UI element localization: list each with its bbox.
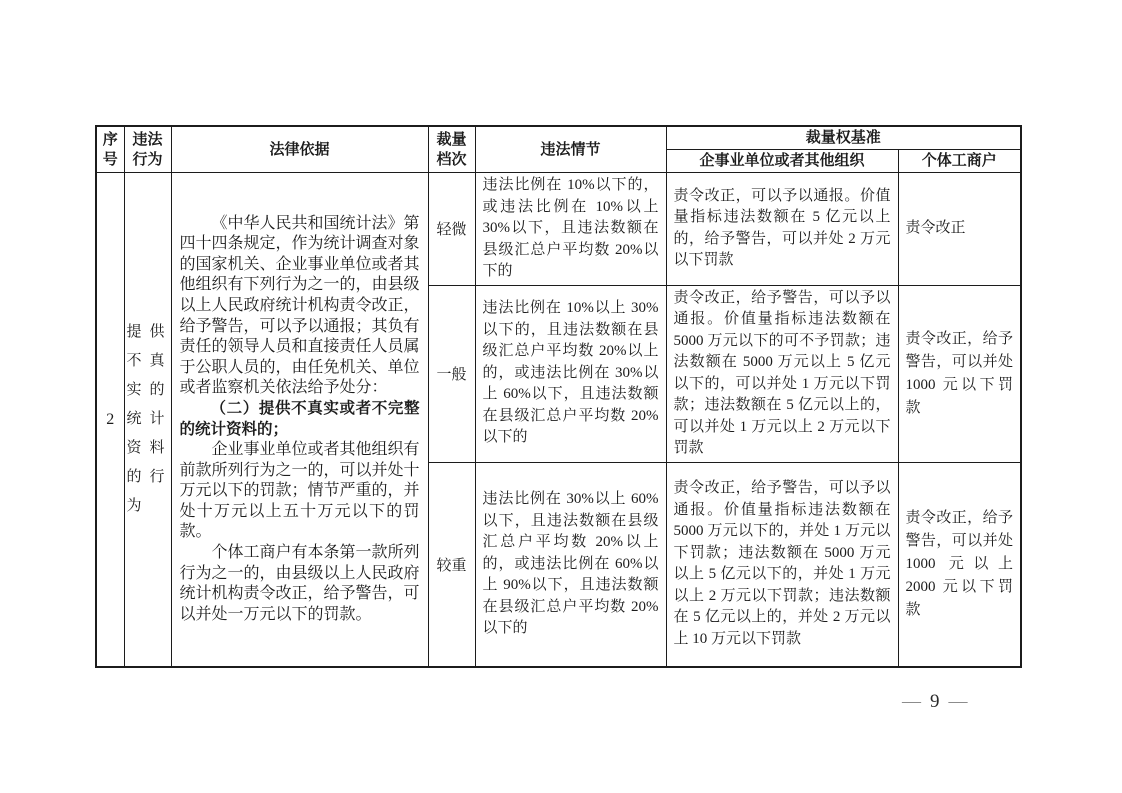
header-level: 裁量档次 <box>428 126 475 173</box>
header-benchmark: 裁量权基准 <box>666 126 1021 150</box>
header-behavior: 违法行为 <box>124 126 171 173</box>
cell-individual-penalty-heavy: 责令改正，给予警告，可以并处 1000 元以上 2000 元以下罚款 <box>898 462 1021 667</box>
page-number-left-dash: — <box>902 691 921 713</box>
legal-basis-paragraph-3: 企业事业单位或者其他组织有前款所列行为之一的，可以并处十万元以下的罚款；情节严重… <box>180 440 420 543</box>
page-number: — 9 — <box>902 691 968 713</box>
legal-basis-paragraph-2-bold: （二）提供不真实或者不完整的统计资料的； <box>180 399 420 440</box>
cell-org-penalty-general: 责令改正，给予警告，可以予以通报。价值量指标违法数额在 5000 万元以下的可不… <box>666 285 898 462</box>
table-row-light: 2 提供不真实的统计资料的行为 《中华人民共和国统计法》第四十四条规定，作为统计… <box>96 173 1021 286</box>
cell-legal-basis: 《中华人民共和国统计法》第四十四条规定，作为统计调查对象的国家机关、企业事业单位… <box>171 173 428 668</box>
cell-level-light: 轻微 <box>428 173 475 286</box>
cell-level-heavy: 较重 <box>428 462 475 667</box>
legal-basis-paragraph-4: 个体工商户有本条第一款所列行为之一的，由县级以上人民政府统计机构责令改正，给予警… <box>180 543 420 625</box>
header-individual: 个体工商户 <box>898 150 1021 173</box>
cell-org-penalty-heavy: 责令改正，给予警告，可以予以通报。价值量指标违法数额在 5000 万元以下的，并… <box>666 462 898 667</box>
cell-org-penalty-light: 责令改正，可以予以通报。价值量指标违法数额在 5 亿元以上的，给予警告，可以并处… <box>666 173 898 286</box>
cell-circumstance-heavy: 违法比例在 30%以上 60%以下，且违法数额在县级汇总户平均数 20%以上的，… <box>475 462 666 667</box>
cell-seq-number: 2 <box>96 173 124 668</box>
legal-basis-paragraph-1: 《中华人民共和国统计法》第四十四条规定，作为统计调查对象的国家机关、企业事业单位… <box>180 214 420 399</box>
cell-circumstance-general: 违法比例在 10%以上 30%以下的，且违法数额在县级汇总户平均数 20%以上的… <box>475 285 666 462</box>
cell-level-general: 一般 <box>428 285 475 462</box>
cell-individual-penalty-light: 责令改正 <box>898 173 1021 286</box>
header-org: 企事业单位或者其他组织 <box>666 150 898 173</box>
header-circumstance: 违法情节 <box>475 126 666 173</box>
penalty-discretion-table: 序号 违法行为 法律依据 裁量档次 违法情节 裁量权基准 企事业单位或者其他组织… <box>95 125 1022 668</box>
header-seq: 序号 <box>96 126 124 173</box>
header-legal-basis: 法律依据 <box>171 126 428 173</box>
cell-illegal-behavior: 提供不真实的统计资料的行为 <box>124 173 171 668</box>
page-number-right-dash: — <box>949 691 968 713</box>
page-number-value: 9 <box>930 691 940 713</box>
cell-circumstance-light: 违法比例在 10%以下的，或违法比例在 10%以上 30%以下，且违法数额在县级… <box>475 173 666 286</box>
cell-individual-penalty-general: 责令改正，给予警告，可以并处 1000 元以下罚款 <box>898 285 1021 462</box>
illegal-behavior-text: 提供不真实的统计资料的行为 <box>125 318 172 521</box>
